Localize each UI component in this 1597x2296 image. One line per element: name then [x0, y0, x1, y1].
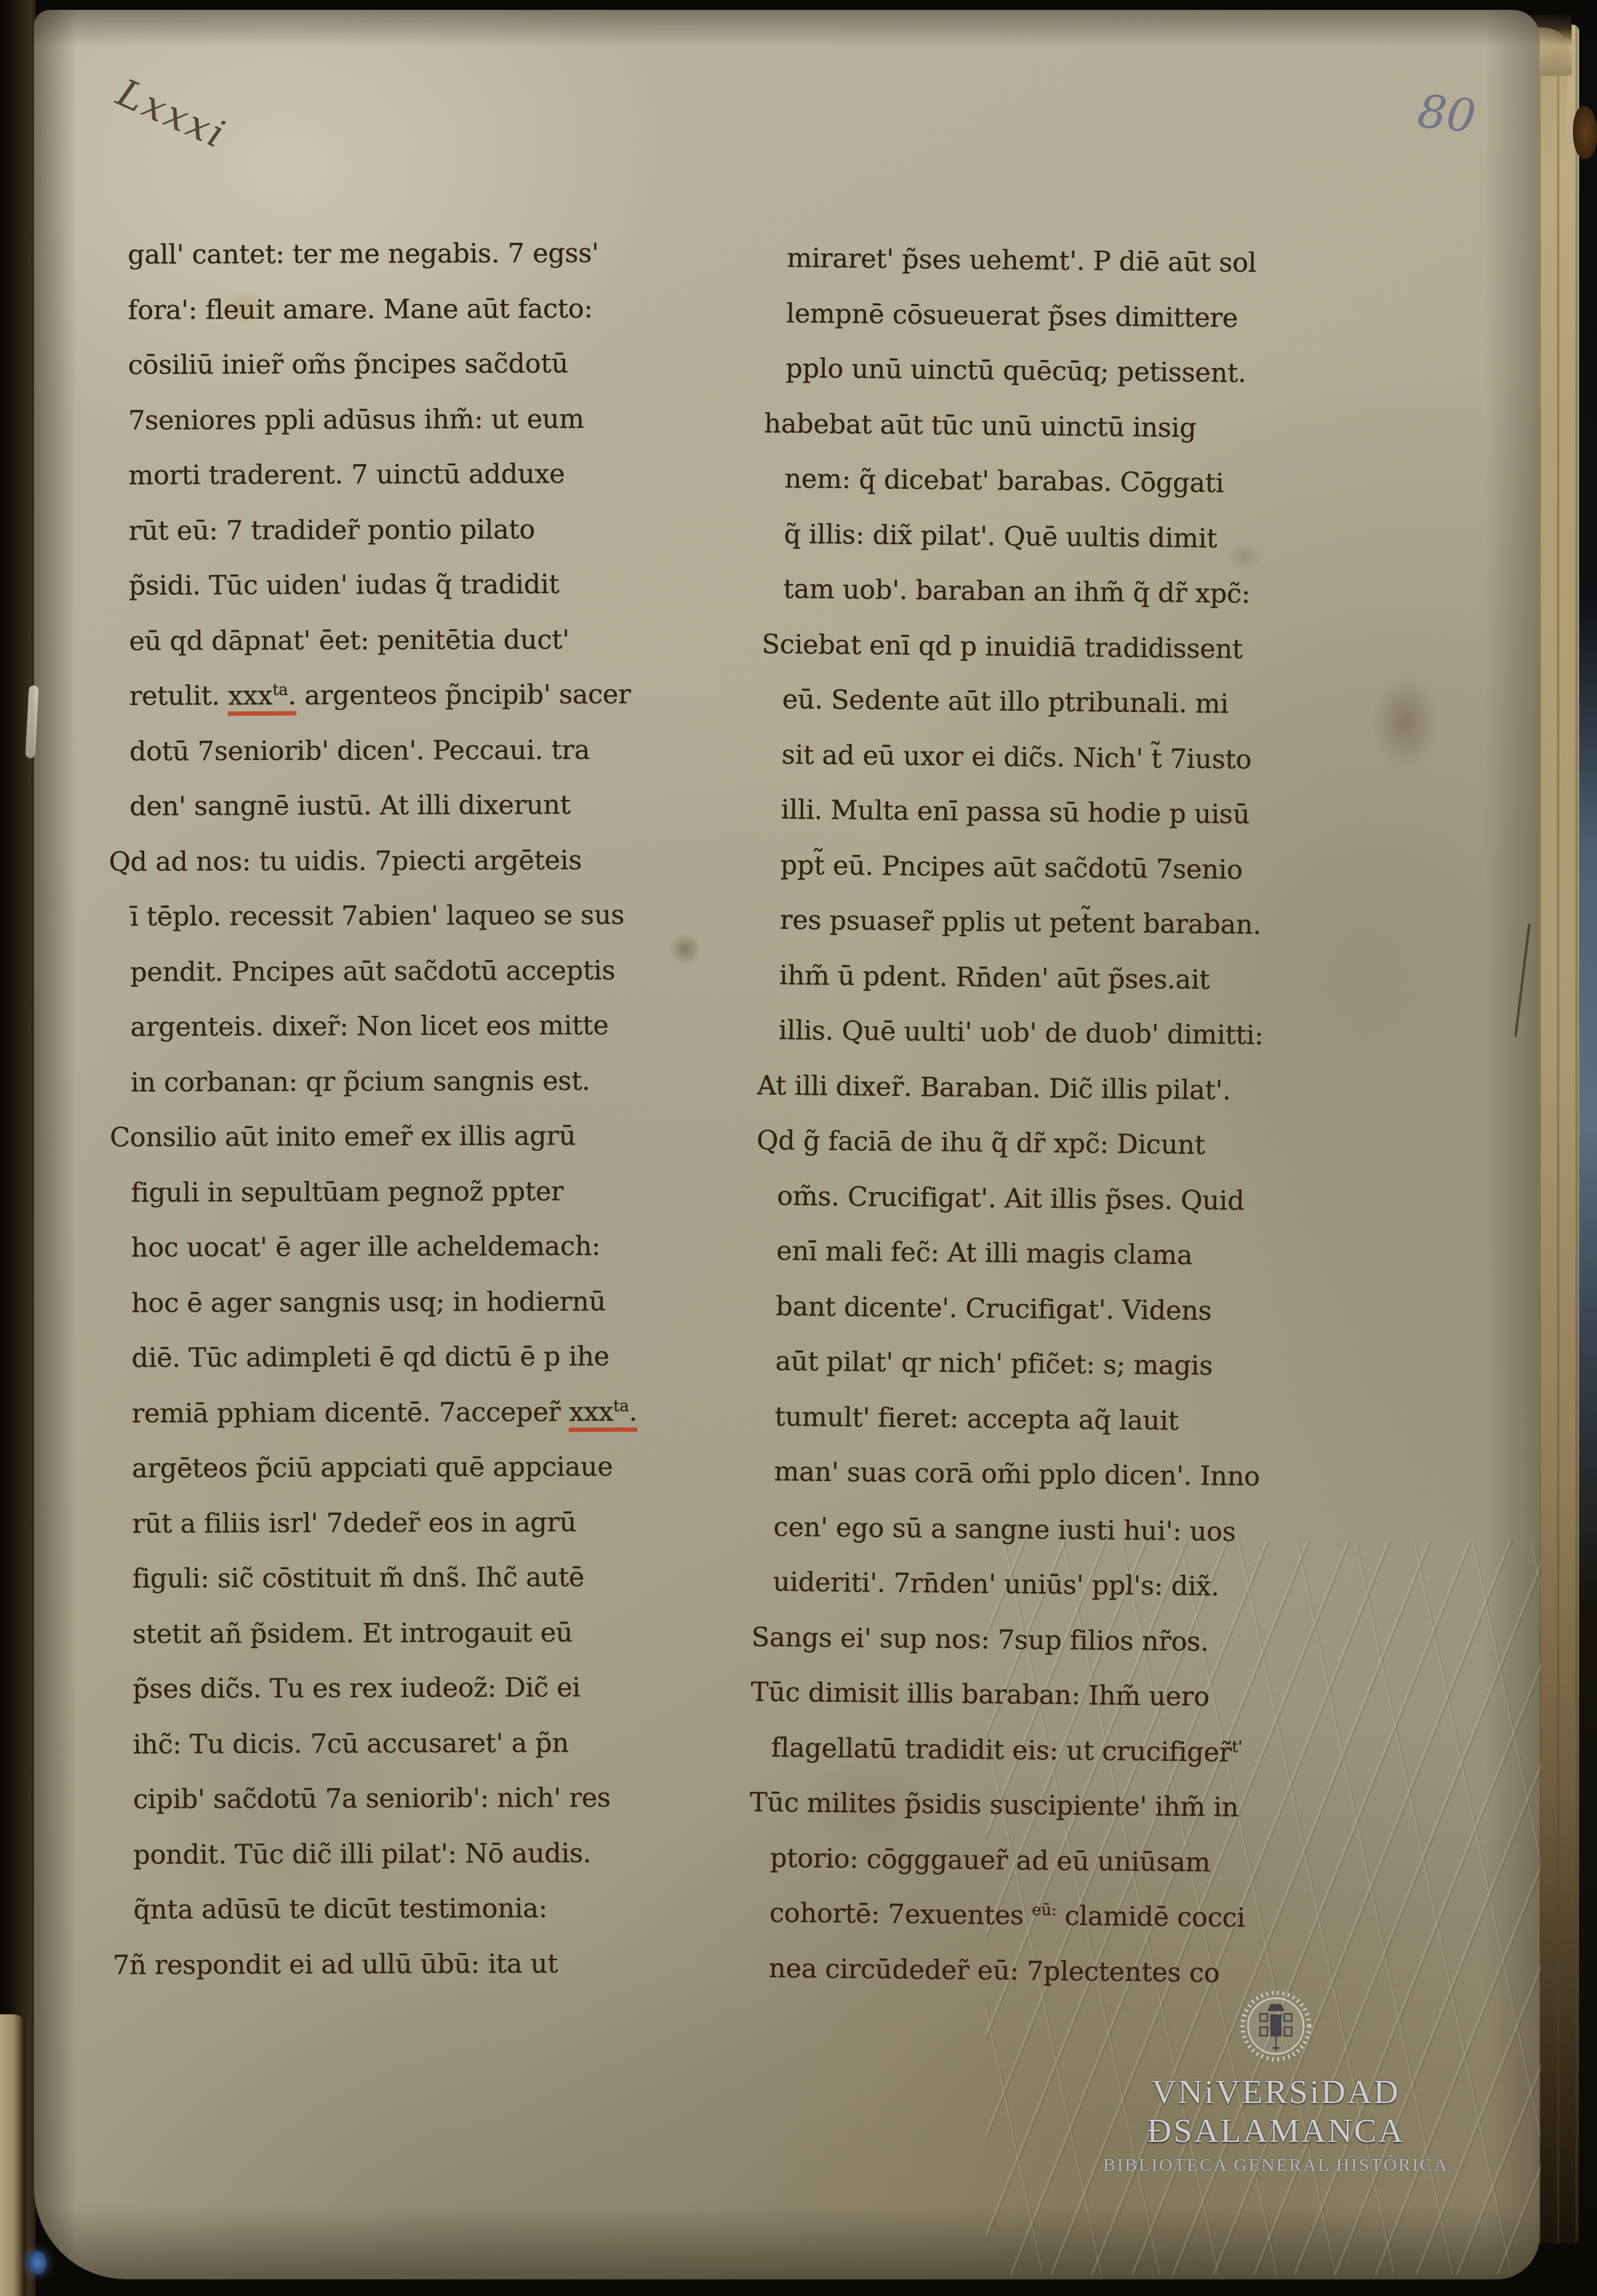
- text-line: Qd ad nos: tu uidis. 7piecti argēteis: [108, 833, 724, 890]
- text-line: figuli: sic̃ cōstituit m̃ dns̃. Ihc̃ aut…: [133, 1550, 727, 1607]
- text-line: q̃ illis: dix̃ pilat'. Quē uultis dimit: [783, 507, 1391, 568]
- text-line: habebat aūt tūc unū uinctū insig: [764, 396, 1392, 458]
- text-line: 7seniores ppli adūsus ihm̃: ut eum: [128, 391, 723, 449]
- text-line: figuli in sepultūam pegnoz̃ ppter: [131, 1164, 725, 1221]
- manuscript-photo: Lxxxi 80 gall' cantet: ter me negabis. 7…: [0, 0, 1597, 2296]
- text-line: Sciebat enī qd p inuidiā tradidissent: [762, 617, 1391, 679]
- text-line: Sangs ei' sup nos: 7sup filios nr̃os.: [751, 1610, 1380, 1672]
- watermark-salamanca: ÐSALAMANCA: [1091, 2111, 1461, 2150]
- text-line: cipib' sac̃dotū 7a seniorib': nich' res: [133, 1770, 728, 1828]
- watermark-library: BIBLIOTECA GENERAL HISTÓRICA: [1091, 2155, 1461, 2176]
- text-line: fora': fleuit amare. Mane aūt facto:: [128, 281, 722, 338]
- text-line: cen' ego sū a sangne iusti hui': uos: [774, 1500, 1381, 1561]
- text-line: Tūc dimisit illis baraban: Ihm̃ uero: [751, 1665, 1379, 1726]
- text-line: eū. Sedente aūt illo ptribunali. mi: [782, 672, 1390, 734]
- book-spine: [0, 0, 36, 2296]
- text-line: enī mali fec̃: At illi magis clama: [776, 1224, 1384, 1286]
- column-right: miraret' p̃ses uehemt'. P diē aūt sollem…: [769, 231, 1394, 2003]
- text-line: lempnē cōsueuerat p̃ses dimittere: [786, 286, 1394, 348]
- text-line: pondit. Tūc dic̃ illi pilat': Nō audis.: [133, 1826, 728, 1883]
- watermark-university: VNiVERSiDAD: [1091, 2072, 1461, 2111]
- text-line: cohortē: 7exuentes eū: clamidē cocci: [769, 1886, 1377, 1948]
- text-line: stetit añ p̃sidem. Et introgauit eū: [133, 1605, 727, 1662]
- text-line: argenteis. dixer̃: Non licet eos mitte: [130, 998, 725, 1055]
- text-line: ihm̃ ū pdent. Rn̄den' aūt p̃ses.ait: [779, 948, 1387, 1010]
- text-line: illi. Multa enī passa sū hodie p uisū: [781, 783, 1389, 844]
- text-line: argēteos p̃ciū appciati quē appciaue: [132, 1439, 727, 1497]
- text-line: ihc̃: Tu dicis. 7cū accusaret' a p̃n: [133, 1715, 727, 1773]
- text-line: rūt eū: 7 tradider̃ pontio pilato: [129, 502, 724, 559]
- column-left: gall' cantet: ter me negabis. 7 egss'for…: [128, 226, 729, 1993]
- text-line: flagellatū tradidit eis: ut crucifiger̃t…: [771, 1720, 1379, 1782]
- text-line: aūt pilat' qr nich' pfic̃et: s; magis: [775, 1334, 1383, 1396]
- text-line: remiā pphiam dicentē. 7acceper̃ xxxta.: [132, 1384, 727, 1442]
- text-line: om̃s. Crucifigat'. Ait illis p̃ses. Quid: [777, 1169, 1384, 1230]
- text-line: hoc ē ager sangnis usq; in hodiernū: [131, 1274, 726, 1331]
- blue-thread-speck: [28, 2251, 47, 2274]
- text-line: miraret' p̃ses uehemt'. P diē aūt sol: [786, 231, 1394, 293]
- text-line: gall' cantet: ter me negabis. 7 egss': [128, 226, 722, 283]
- text-line: tumult' fieret: accepta aq̃ lauit: [774, 1389, 1382, 1451]
- text-line: ptorio: cōgggauer̃ ad eū uniūsam: [770, 1831, 1378, 1892]
- text-line: cōsiliū inier̃ om̃s p̃ncipes sac̃dotū: [128, 336, 723, 393]
- text-line: in corbanan: qr p̃cium sangnis est.: [131, 1053, 725, 1111]
- text-line: tam uob'. baraban an ihm̃ q̃ dr̃ xpc̃:: [783, 562, 1391, 624]
- binding-fragment: [1573, 106, 1597, 159]
- text-line: nem: q̃ dicebat' barabas. Cōggati: [784, 452, 1392, 513]
- text-line: hoc uocat' ē ager ille acheldemach:: [131, 1219, 726, 1276]
- text-line: res psuaser̃ pplis ut pet̃ent baraban.: [780, 893, 1387, 955]
- text-line: p̃sidi. Tūc uiden' iudas q̃ tradidit: [129, 557, 724, 614]
- text-line: Qd g̃ faciā de ihu q̃ dr̃ xpc̃: Dicunt: [756, 1113, 1385, 1175]
- text-line: Consilio aūt inito emer̃ ex illis agrū: [110, 1108, 725, 1166]
- text-line: p̃ses dic̃s. Tu es rex iudeoz̃: Dic̃ ei: [133, 1660, 727, 1717]
- text-line: man' suas corā om̃i pplo dicen'. Inno: [774, 1445, 1381, 1506]
- text-line: eū qd dāpnat' ēet: penitētia duct': [129, 612, 724, 669]
- text-line: diē. Tūc adimpleti ē qd dictū ē p ihe: [131, 1329, 726, 1386]
- text-line: rūt a filiis isrl' 7deder̃ eos in agrū: [132, 1495, 727, 1552]
- folio-number: 80: [1415, 84, 1479, 143]
- gutter-page-edge: [0, 2014, 25, 2296]
- text-line: bant dicente'. Crucifigat'. Videns: [775, 1279, 1383, 1341]
- text-line: ī tēplo. recessit 7abien' laqueo se sus: [130, 888, 725, 945]
- text-line: dotū 7seniorib' dicen'. Peccaui. tra: [129, 722, 724, 780]
- text-line: den' sangnē iustū. At illi dixerunt: [129, 777, 724, 835]
- university-seal-icon: [1240, 1990, 1312, 2062]
- library-watermark: VNiVERSiDAD ÐSALAMANCA BIBLIOTECA GENERA…: [1091, 1990, 1461, 2176]
- text-line: uideriti'. 7rn̄den' uniūs' ppl's: dix̃.: [773, 1555, 1381, 1617]
- text-line: illis. Quē uulti' uob' de duob' dimitti:: [778, 1003, 1386, 1065]
- text-line: Tūc milites p̃sidis suscipiente' ihm̃ in: [749, 1775, 1378, 1837]
- text-line: q̃nta adūsū te dicūt testimonia:: [133, 1881, 728, 1938]
- text-line: pendit. Pncipes aūt sac̃dotū acceptis: [130, 943, 725, 1000]
- text-line: pplo unū uinctū quēcūq; petissent.: [785, 341, 1393, 403]
- text-line: ppt̃ eū. Pncipes aūt sac̃dotū 7senio: [780, 838, 1388, 899]
- text-line: morti traderent. 7 uinctū adduxe: [128, 446, 723, 504]
- text-line: sit ad eū uxor ei dic̃s. Nich' t̃ 7iusto: [782, 727, 1389, 789]
- text-line: 7ñ respondit ei ad ullū ūbū: ita ut: [113, 1936, 729, 1993]
- text-line: retulit. xxxta. argenteos p̃ncipib' sace…: [129, 667, 724, 724]
- text-line: At illi dixer̃. Baraban. Dic̃ illis pila…: [757, 1058, 1386, 1120]
